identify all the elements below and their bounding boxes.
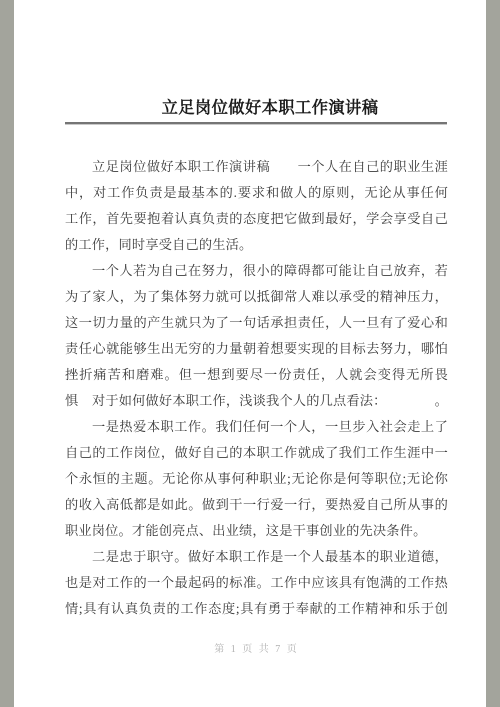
text-line: 的工作，同时享受自己的生活。 [65,232,448,258]
text-line: 为了家人，为了集体努力就可以抵御常人难以承受的精神压力， [65,284,448,310]
left-margin-bar [0,0,14,707]
text-line: 工作，首先要抱着认真负责的态度把它做到最好，学会享受自己 [65,206,448,232]
text-line: 自己的工作岗位，做好自己的本职工作就成了我们工作生涯中一 [65,440,448,466]
text-line: 一是热爱本职工作。我们任何一个人，一旦步入社会走上了 [65,414,448,440]
text-line: 二是忠于职守。做好本职工作是一个人最基本的职业道德， [65,544,448,570]
right-margin-bar [486,0,500,707]
text-line: 情;具有认真负责的工作态度;具有勇于奉献的工作精神和乐于创 [65,596,448,622]
text-line: 职业岗位。才能创亮点、出业绩，这是干事创业的先决条件。 [65,518,448,544]
document-body: 立足岗位做好本职工作演讲稿 一个人在自己的职业生涯 中，对工作负责是最基本的.要… [65,154,448,622]
text-line: 也是对工作的一个最起码的标准。工作中应该具有饱满的工作热 [65,570,448,596]
text-line: 中，对工作负责是最基本的.要求和做人的原则，无论从事任何 [65,180,448,206]
document-page: 立足岗位做好本职工作演讲稿 立足岗位做好本职工作演讲稿 一个人在自己的职业生涯 … [14,0,486,707]
title-divider [65,122,447,125]
text-line: 立足岗位做好本职工作演讲稿 一个人在自己的职业生涯 [65,154,448,180]
document-title: 立足岗位做好本职工作演讲稿 [65,94,447,118]
text-line: 责任心就能够生出无穷的力量朝着想要实现的目标去努力，哪怕 [65,336,448,362]
text-line: 挫折痛苦和磨难。但一想到要尽一份责任，人就会变得无所畏惧。 [65,362,448,388]
page-footer: 第 1 页 共 7 页 [65,640,448,655]
text-line: 的收入高低都是如此。做到干一行爱一行，要热爱自己所从事的 [65,492,448,518]
text-line: 一个人若为自己在努力，很小的障碍都可能让自己放弃，若 [65,258,448,284]
text-line: 个永恒的主题。无论你从事何种职业;无论你是何等职位;无论你 [65,466,448,492]
text-line: 这一切力量的产生就只为了一句话承担责任，人一旦有了爱心和 [65,310,448,336]
